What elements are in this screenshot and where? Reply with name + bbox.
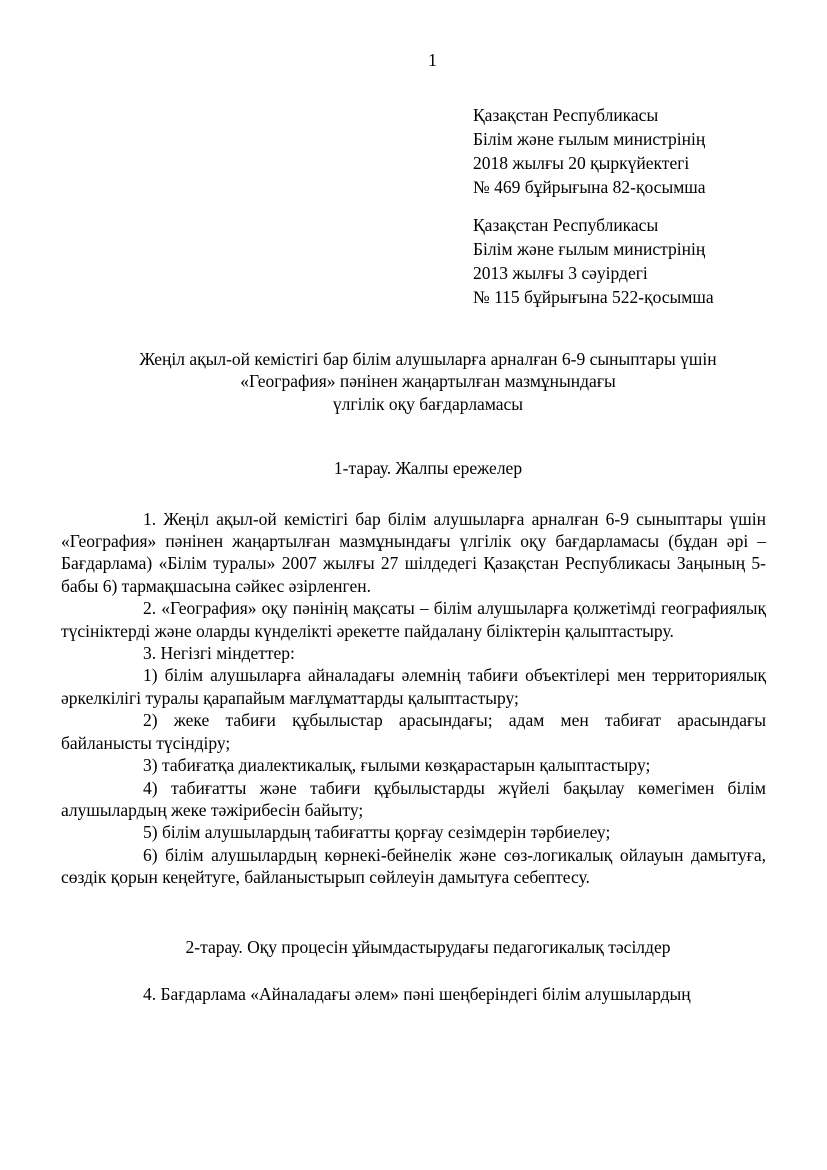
- chapter-1-task-item-5: 5) білім алушылардың табиғатты қорғау се…: [61, 821, 766, 843]
- chapter-1-paragraph-2: 2. «География» оқу пәнінің мақсаты – біл…: [61, 597, 766, 642]
- document-title-line: «География» пәнінен жаңартылған мазмұнын…: [90, 370, 766, 392]
- document-title: Жеңіл ақыл-ой кемістігі бар білім алушыл…: [61, 348, 766, 415]
- chapter-1-paragraph-3: 3. Негізгі міндеттер:: [61, 642, 766, 664]
- chapter-2-paragraph-1: 4. Бағдарлама «Айналадағы әлем» пәні шең…: [61, 983, 766, 1005]
- chapter-1-task-item-6: 6) білім алушылардың көрнекі-бейнелік жә…: [61, 844, 766, 889]
- annex-line: № 115 бұйрығына 522-қосымша: [473, 285, 766, 309]
- annex-line: 2013 жылғы 3 сәуірдегі: [473, 261, 766, 285]
- annex-line: № 469 бұйрығына 82-қосымша: [473, 175, 766, 199]
- annex-reference-2: Қазақстан Республикасы Білім және ғылым …: [473, 213, 766, 309]
- page-number: 1: [80, 49, 785, 71]
- document-title-line: Жеңіл ақыл-ой кемістігі бар білім алушыл…: [90, 348, 766, 370]
- chapter-1-task-item-2: 2) жеке табиғи құбылыстар арасындағы; ад…: [61, 709, 766, 754]
- chapter-1-heading: 1-тарау. Жалпы ережелер: [61, 457, 766, 479]
- document-page: 1 Қазақстан Республикасы Білім және ғылы…: [0, 0, 827, 1170]
- chapter-2-heading: 2-тарау. Оқу процесін ұйымдастырудағы пе…: [61, 936, 766, 958]
- chapter-1-task-item-4: 4) табиғатты және табиғи құбылыстарды жү…: [61, 777, 766, 822]
- chapter-1-task-item-3: 3) табиғатқа диалектикалық, ғылыми көзқа…: [61, 754, 766, 776]
- document-title-line: үлгілік оқу бағдарламасы: [90, 393, 766, 415]
- annex-line: 2018 жылғы 20 қыркүйектегі: [473, 151, 766, 175]
- chapter-1-task-item-1: 1) білім алушыларға айналадағы әлемнің т…: [61, 664, 766, 709]
- annex-line: Қазақстан Республикасы: [473, 213, 766, 237]
- chapter-1-paragraph-1: 1. Жеңіл ақыл-ой кемістігі бар білім алу…: [61, 508, 766, 598]
- annex-line: Қазақстан Республикасы: [473, 103, 766, 127]
- annex-line: Білім және ғылым министрінің: [473, 237, 766, 261]
- annex-reference-1: Қазақстан Республикасы Білім және ғылым …: [473, 103, 766, 199]
- annex-line: Білім және ғылым министрінің: [473, 127, 766, 151]
